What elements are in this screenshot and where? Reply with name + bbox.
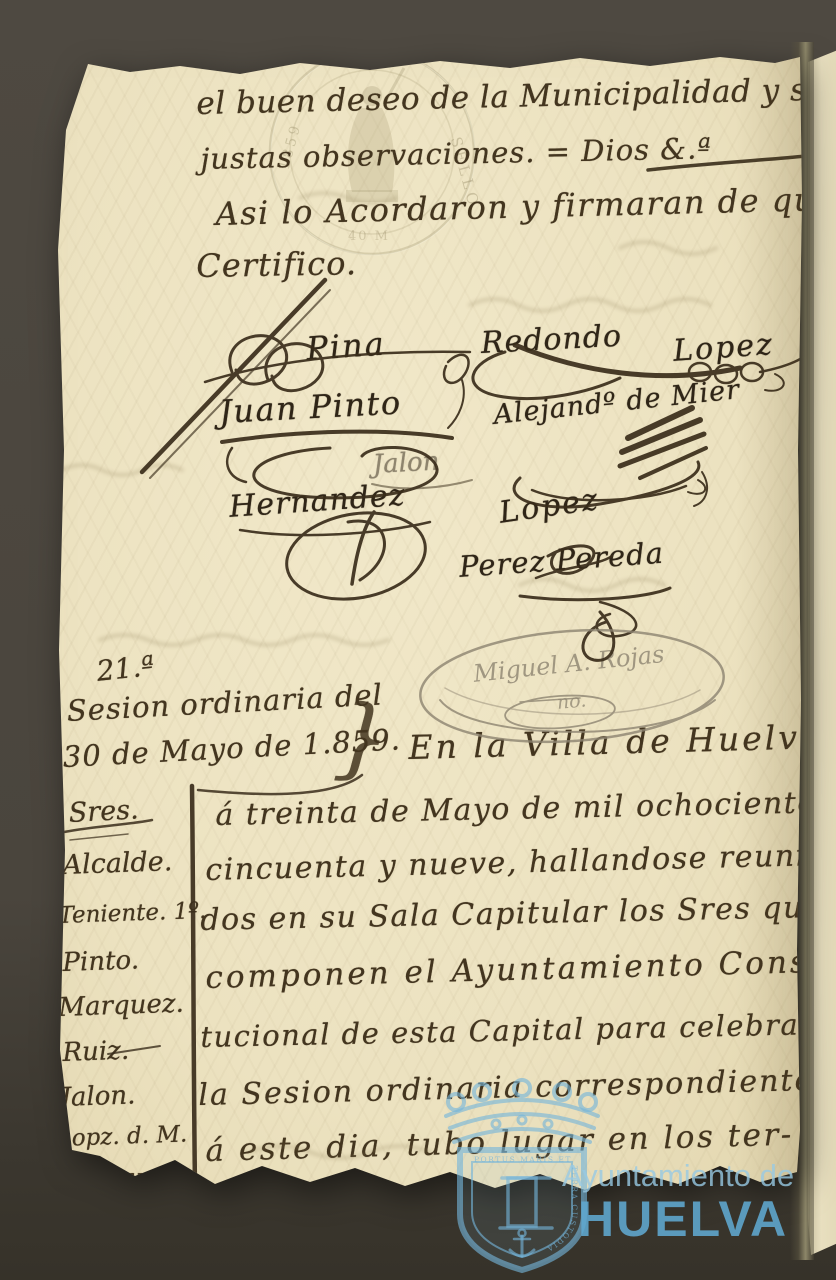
manuscript-scan: SELLO 1859 40 M 40 el buen deseo de la M… [0, 0, 836, 1280]
pencil-page-mark: 40 [82, 30, 118, 64]
brace-tail [198, 775, 362, 794]
manuscript-page: SELLO 1859 40 M 40 el buen deseo de la M… [0, 0, 836, 1280]
rules-and-dashes [64, 156, 806, 1252]
margin-rule [192, 786, 196, 1252]
body-line: minos siguientes. = [205, 1181, 563, 1225]
closing-dash [568, 1186, 798, 1202]
ink-flourishes [0, 0, 836, 1280]
flourish-dash [648, 156, 806, 170]
signature-flourishes [142, 280, 808, 660]
attendee-name: Hernand. [56, 1162, 177, 1195]
page-wrap: SELLO 1859 40 M 40 el buen deseo de la M… [0, 0, 836, 1280]
ghost-showthrough [62, 193, 716, 1158]
pencil-oval-annotation [417, 621, 728, 752]
attendee-name: Perez, d Fco [52, 1201, 197, 1232]
